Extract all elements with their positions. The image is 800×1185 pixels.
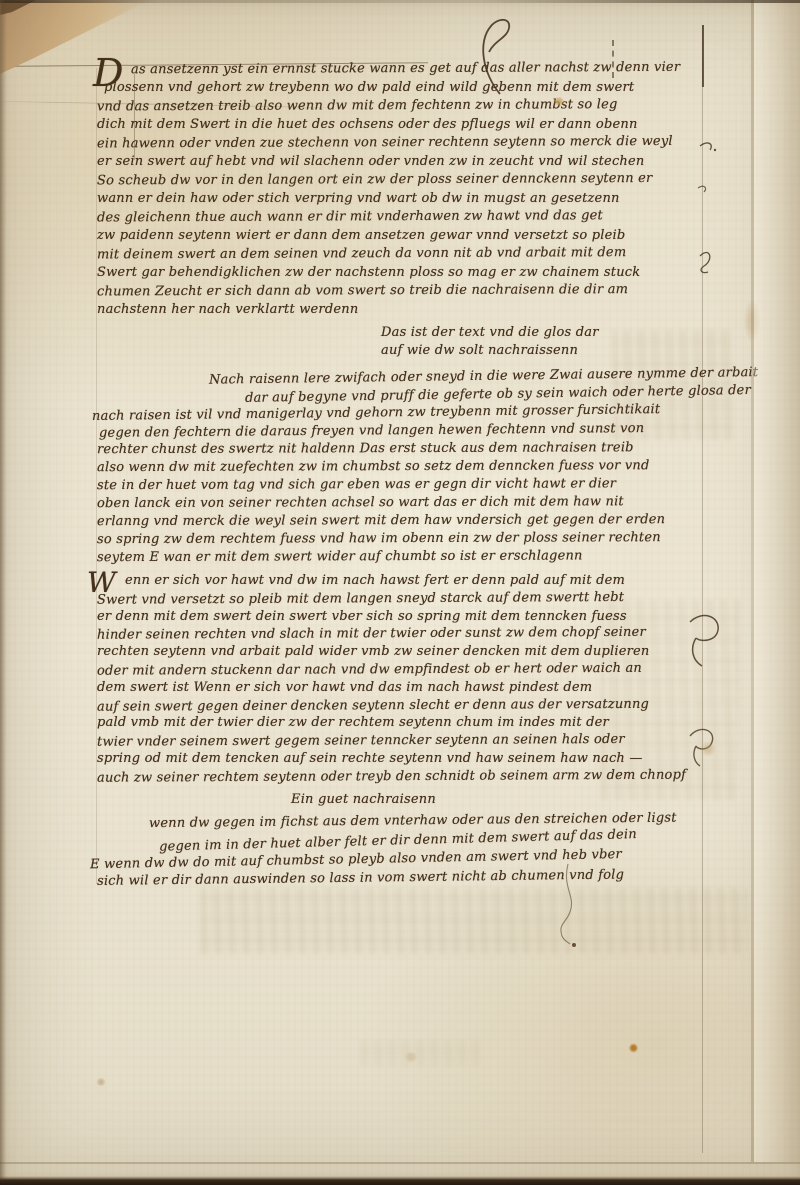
- page-fold-bottom-line: [0, 1162, 800, 1164]
- manuscript-line: enn er sich vor hawt vnd dw im nach haws…: [97, 572, 737, 590]
- manuscript-line: erlanng vnd merck die weyl sein swert mi…: [97, 511, 737, 531]
- manuscript-line: ste in der huet vom tag vnd sich gar ebe…: [97, 475, 737, 495]
- manuscript-line: dich mit dem Swert in die huet des ochse…: [97, 116, 737, 135]
- manuscript-line: rechten seytenn vnd arbait pald wider vm…: [97, 643, 737, 661]
- manuscript-line: ein hawenn oder vnden zue stechenn von s…: [97, 133, 737, 154]
- manuscript-line: auch zw seiner rechtem seytenn oder trey…: [97, 766, 737, 787]
- page-fold-right-line: [751, 0, 754, 1162]
- manuscript-line: spring od mit dem tencken auf sein recht…: [97, 750, 737, 768]
- manuscript-line: mit deinem swert an dem seinen vnd zeuch…: [97, 244, 737, 265]
- heading-text-and-gloss: Das ist der text vnd die glos darauf wie…: [97, 324, 737, 359]
- manuscript-line: er denn mit dem swert dein swert vber si…: [97, 608, 737, 626]
- manuscript-page-photo: D as ansetzenn yst ein ernnst stucke wan…: [0, 0, 800, 1185]
- ink-dot: [572, 943, 576, 947]
- paragraph-guet-nachraisen: wenn dw gegen im fichst aus dem vnterhaw…: [97, 811, 737, 887]
- manuscript-line: seytem E wan er mit dem swert wider auf …: [97, 547, 737, 567]
- manuscript-line: des gleichenn thue auch wann er dir mit …: [97, 207, 737, 228]
- manuscript-line: Swert vnd versetzt so pleib mit dem lang…: [97, 588, 737, 609]
- manuscript-line: wann er dein haw oder stich verpring vnd…: [97, 190, 737, 209]
- manuscript-line: pald vmb mit der twier dier zw der recht…: [97, 714, 737, 732]
- manuscript-line: Das ist der text vnd die glos dar: [381, 324, 737, 342]
- manuscript-line: oben lanck ein von seiner rechten achsel…: [97, 493, 737, 513]
- stain-spot: [96, 1078, 106, 1086]
- paragraph-nachhawen: W enn er sich vor hawt vnd dw im nach ha…: [97, 572, 737, 786]
- manuscript-line: twier vnder seinem swert gegem seiner te…: [97, 730, 737, 751]
- manuscript-line: also wenn dw mit zuefechten zw im chumbs…: [97, 457, 737, 477]
- bleedthrough-patch: [360, 1040, 480, 1066]
- heading-ein-guet-nachraisen: Ein guet nachraisenn: [97, 791, 737, 809]
- manuscript-line: Swert gar behendigklichen zw der nachste…: [97, 264, 737, 283]
- manuscript-line: dem swert ist Wenn er sich vor hawt vnd …: [97, 679, 737, 697]
- page-edge-left: [0, 0, 7, 1185]
- manuscript-line: rechter chunst des swertz nit haldenn Da…: [97, 439, 737, 459]
- manuscript-line: hinder seinen rechten vnd slach in mit d…: [97, 624, 737, 645]
- manuscript-line: zw paidenn seytenn wiert er dann dem ans…: [97, 227, 737, 246]
- bleedthrough-patch: [200, 888, 748, 954]
- paragraph-nachraisen-verse-gloss: Nach raisenn lere zwifach oder sneyd in …: [97, 368, 737, 566]
- page-edge-top: [0, 0, 800, 3]
- text-block: D as ansetzenn yst ein ernnst stucke wan…: [97, 60, 737, 887]
- paragraph-ansetzen: D as ansetzenn yst ein ernnst stucke wan…: [97, 60, 737, 319]
- manuscript-line: as ansetzenn yst ein ernnst stucke wann …: [97, 59, 737, 80]
- manuscript-line: auf sein swert gegen deiner dencken seyt…: [97, 695, 737, 716]
- stain-spot: [404, 1052, 418, 1062]
- manuscript-line: oder mit andern stuckenn dar nach vnd dw…: [97, 659, 737, 680]
- manuscript-line: chumen Zeucht er sich dann ab vom swert …: [97, 281, 737, 302]
- manuscript-line: Ein guet nachraisenn: [291, 791, 737, 809]
- manuscript-line: auf wie dw solt nachraissenn: [381, 342, 737, 360]
- page-fold-right-band: [754, 0, 800, 1162]
- manuscript-line: vnd das ansetzen treib also wenn dw mit …: [97, 96, 737, 117]
- stain-spot: [700, 742, 716, 756]
- manuscript-line: nachstenn her nach verklartt werdenn: [97, 301, 737, 320]
- stain-spot: [553, 97, 565, 106]
- page-edge-bottom: [0, 1176, 800, 1185]
- stain-spot: [629, 1043, 638, 1053]
- manuscript-line: so spring zw dem rechtem fuess vnd haw i…: [97, 529, 737, 549]
- manuscript-line: plossenn vnd gehort zw treybenn wo dw pa…: [97, 79, 737, 98]
- manuscript-line: So scheub dw vor in den langen ort ein z…: [97, 170, 737, 191]
- manuscript-line: er sein swert auf hebt vnd wil slachenn …: [97, 153, 737, 172]
